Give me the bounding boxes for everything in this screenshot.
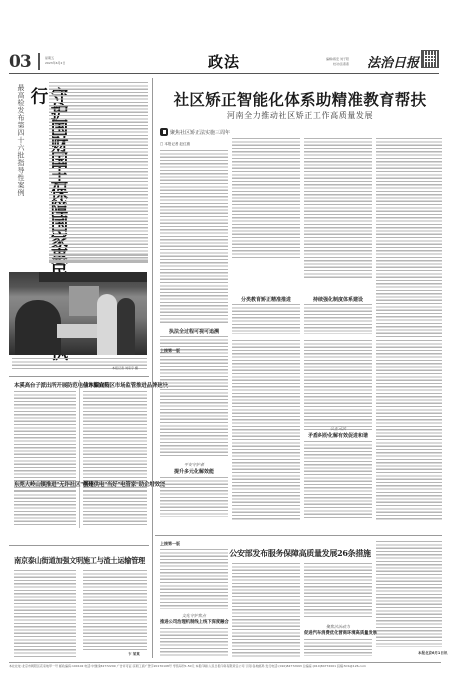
newspaper-logo: 法治日报 (367, 52, 419, 71)
section-subhead: 执法全过程可视可追溯 (160, 328, 228, 335)
story-body-text (376, 340, 442, 520)
divider (155, 535, 442, 536)
story-body-text (14, 491, 76, 527)
story-subhead[interactable]: 推进公司治理机制线上线下深度融合 (160, 619, 228, 625)
story-body-text (83, 570, 147, 650)
story-headline[interactable]: 公安部发布服务保障高质量发展26条措施 (225, 548, 375, 559)
story-signature: 本报北京6月1日讯 (418, 651, 447, 656)
proofreader-line: 校对/张燕燕 (326, 62, 349, 67)
story-body-text (304, 563, 372, 618)
story-subheadline: 最高检发布第四十六批指导性案例 (16, 84, 25, 197)
story-body-text (304, 138, 372, 278)
story-subhead[interactable]: 矛盾纠纷化解有效促进和谐 (304, 432, 372, 439)
small-story-headline[interactable]: 佳木斯向阳区市场监管推进品牌建设 (83, 381, 168, 389)
story-subhead[interactable]: 提升多元化解效能 (160, 468, 228, 475)
photo-element (117, 298, 135, 355)
photo-element (57, 324, 102, 338)
section-subhead: 分类教育矫正精准推进 (232, 296, 300, 303)
newspaper-page: 03 星期五 2023年6月2日 政法 编辑/蒋安 刘子阳 校对/张燕燕 法治日… (0, 0, 450, 683)
story-body-text (160, 150, 228, 323)
story-body-text (160, 628, 228, 656)
story-headline[interactable]: 南京泰山街道加强文明施工与渣土运输管理 (14, 556, 149, 566)
qr-code-icon[interactable] (421, 50, 439, 68)
story-body-text (160, 356, 228, 456)
main-subheadline: 河南全力推动社区矫正工作高质量发展 (155, 110, 445, 121)
story-body-text (304, 639, 372, 656)
byline: □ 本报记者 赵红旗 (160, 142, 190, 147)
column-divider (152, 78, 153, 658)
story-body-text (83, 391, 147, 491)
story-body-text (14, 570, 76, 658)
story-kicker: 聚焦社区矫正法实施三周年 (160, 128, 230, 136)
story-body-text (304, 304, 372, 334)
story-subhead[interactable]: 促进汽车消费优化营商环境高质量发展 (304, 630, 372, 636)
story-body-text (232, 138, 300, 258)
small-story-headline[interactable]: 东莞大岭山镇推进"无诈社区"创建 (14, 480, 94, 488)
photo-element (97, 294, 117, 355)
editors-credit: 编辑/蒋安 刘子阳 校对/张燕燕 (326, 57, 349, 67)
masthead: 03 星期五 2023年6月2日 政法 编辑/蒋安 刘子阳 校对/张燕燕 法治日… (9, 50, 439, 74)
news-photo[interactable] (9, 272, 147, 355)
story-body-text (232, 304, 300, 334)
story-body-text (160, 549, 228, 609)
section-subhead: 持续强化制度体系建设 (304, 296, 372, 303)
story-body-text (160, 477, 228, 517)
story-signature: 卞 某某 (128, 652, 140, 657)
story-body-text (232, 563, 300, 657)
story-body-text (304, 340, 372, 430)
photo-credit: 本报记者 刘家宇 摄 (112, 366, 138, 370)
story-body-text (14, 391, 76, 491)
story-body-text (376, 541, 442, 647)
story-body-text (232, 340, 300, 520)
column-logo-icon (160, 128, 168, 136)
divider (9, 545, 149, 546)
story-body-text (49, 82, 148, 262)
photo-element (15, 300, 61, 355)
divider (9, 376, 149, 377)
story-body-text (49, 255, 148, 265)
kicker-label: 聚焦社区矫正法实施三周年 (170, 129, 230, 136)
story-body-text (304, 441, 372, 519)
continuation-label: 上接第一版 (160, 348, 180, 354)
story-body-text (83, 491, 147, 527)
main-headline[interactable]: 社区矫正智能化体系助精准教育帮扶 (155, 88, 445, 110)
divider (79, 380, 80, 528)
page-footer: 本社社址:北京市朝阳区花家地甲一号 邮政编码:100102 电话:中继线8477… (9, 662, 441, 668)
story-body-text (376, 138, 442, 338)
continuation-label: 上接第一版 (160, 541, 180, 547)
photo-element (69, 286, 99, 316)
small-story-headline[interactable]: 柳州供电"当好"电管家"助企增效能 (83, 480, 165, 488)
photo-element (39, 272, 147, 282)
